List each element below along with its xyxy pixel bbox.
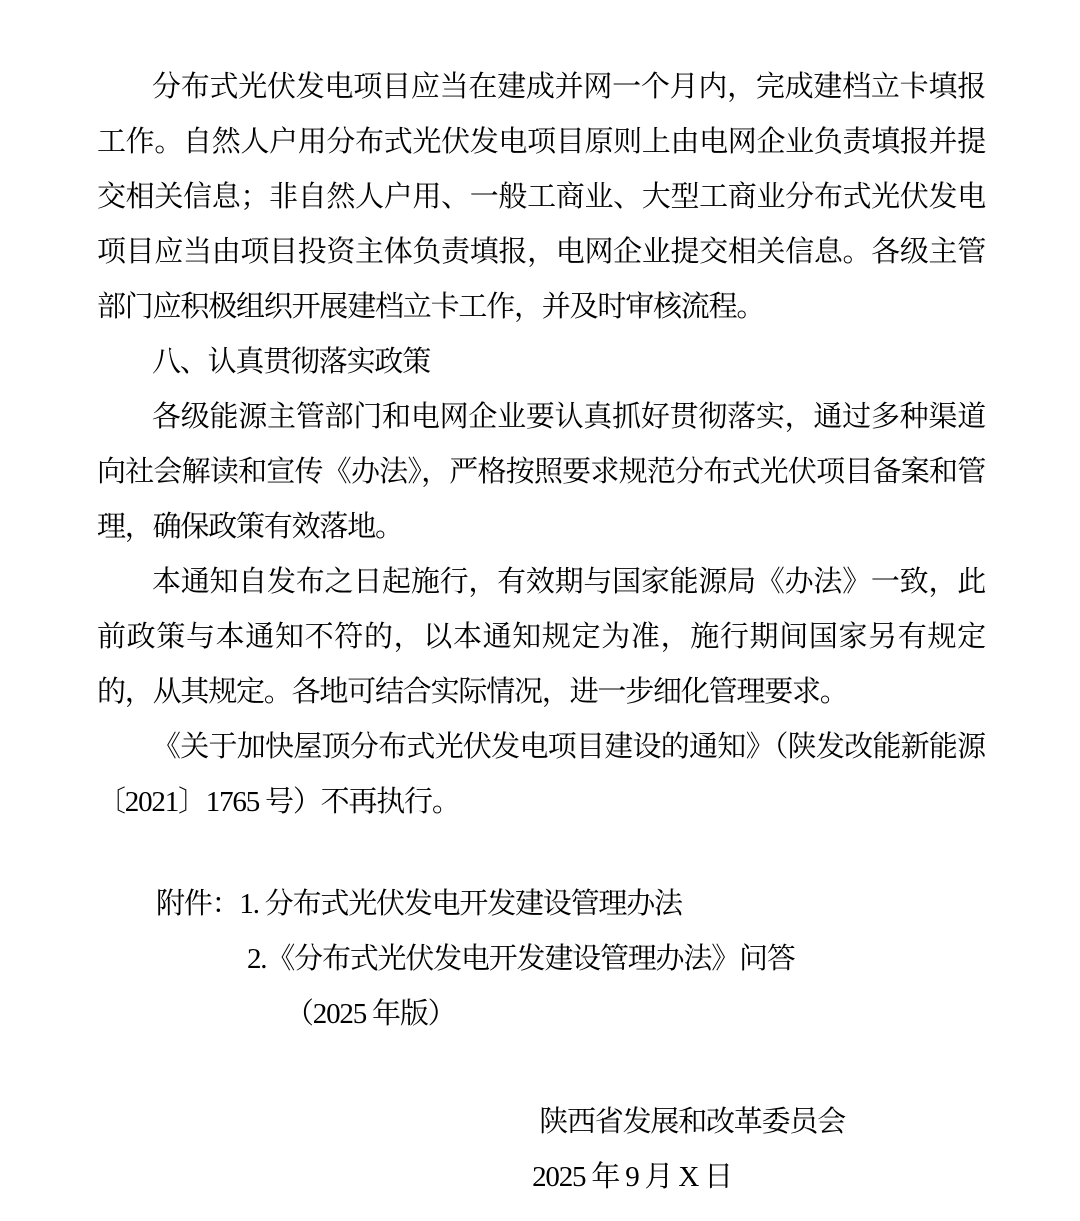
signature-block: 陕西省发展和改革委员会 2025 年 9 月 X 日	[97, 1095, 985, 1205]
attachment-item-2: 2.《分布式光伏发电开发建设管理办法》问答	[97, 932, 985, 987]
section-heading-eight: 八、认真贯彻落实政策	[97, 335, 985, 390]
body-paragraph-repealed-notice: 《关于加快屋顶分布式光伏发电项目建设的通知》（陕发改能新能源〔2021〕1765…	[97, 720, 985, 830]
body-paragraph-effective-period: 本通知自发布之日起施行，有效期与国家能源局《办法》一致，此前政策与本通知不符的，…	[97, 555, 985, 720]
attachment-item-1-title: 1. 分布式光伏发电开发建设管理办法	[239, 888, 681, 920]
attachments-label: 附件：	[156, 888, 239, 920]
signature-organization: 陕西省发展和改革委员会	[97, 1095, 985, 1150]
body-paragraph-implementation: 各级能源主管部门和电网企业要认真抓好贯彻落实，通过多种渠道向社会解读和宣传《办法…	[97, 390, 985, 555]
document-page: 分布式光伏发电项目应当在建成并网一个月内，完成建档立卡填报工作。自然人户用分布式…	[0, 0, 1080, 1221]
body-paragraph-filing: 分布式光伏发电项目应当在建成并网一个月内，完成建档立卡填报工作。自然人户用分布式…	[97, 60, 985, 335]
attachment-item-2-edition: （2025 年版）	[97, 987, 985, 1042]
attachments-block: 附件：1. 分布式光伏发电开发建设管理办法 2.《分布式光伏发电开发建设管理办法…	[97, 877, 985, 1042]
document-body: 分布式光伏发电项目应当在建成并网一个月内，完成建档立卡填报工作。自然人户用分布式…	[0, 0, 1080, 1205]
signature-date: 2025 年 9 月 X 日	[97, 1150, 985, 1205]
attachment-item-1: 附件：1. 分布式光伏发电开发建设管理办法	[97, 877, 985, 932]
